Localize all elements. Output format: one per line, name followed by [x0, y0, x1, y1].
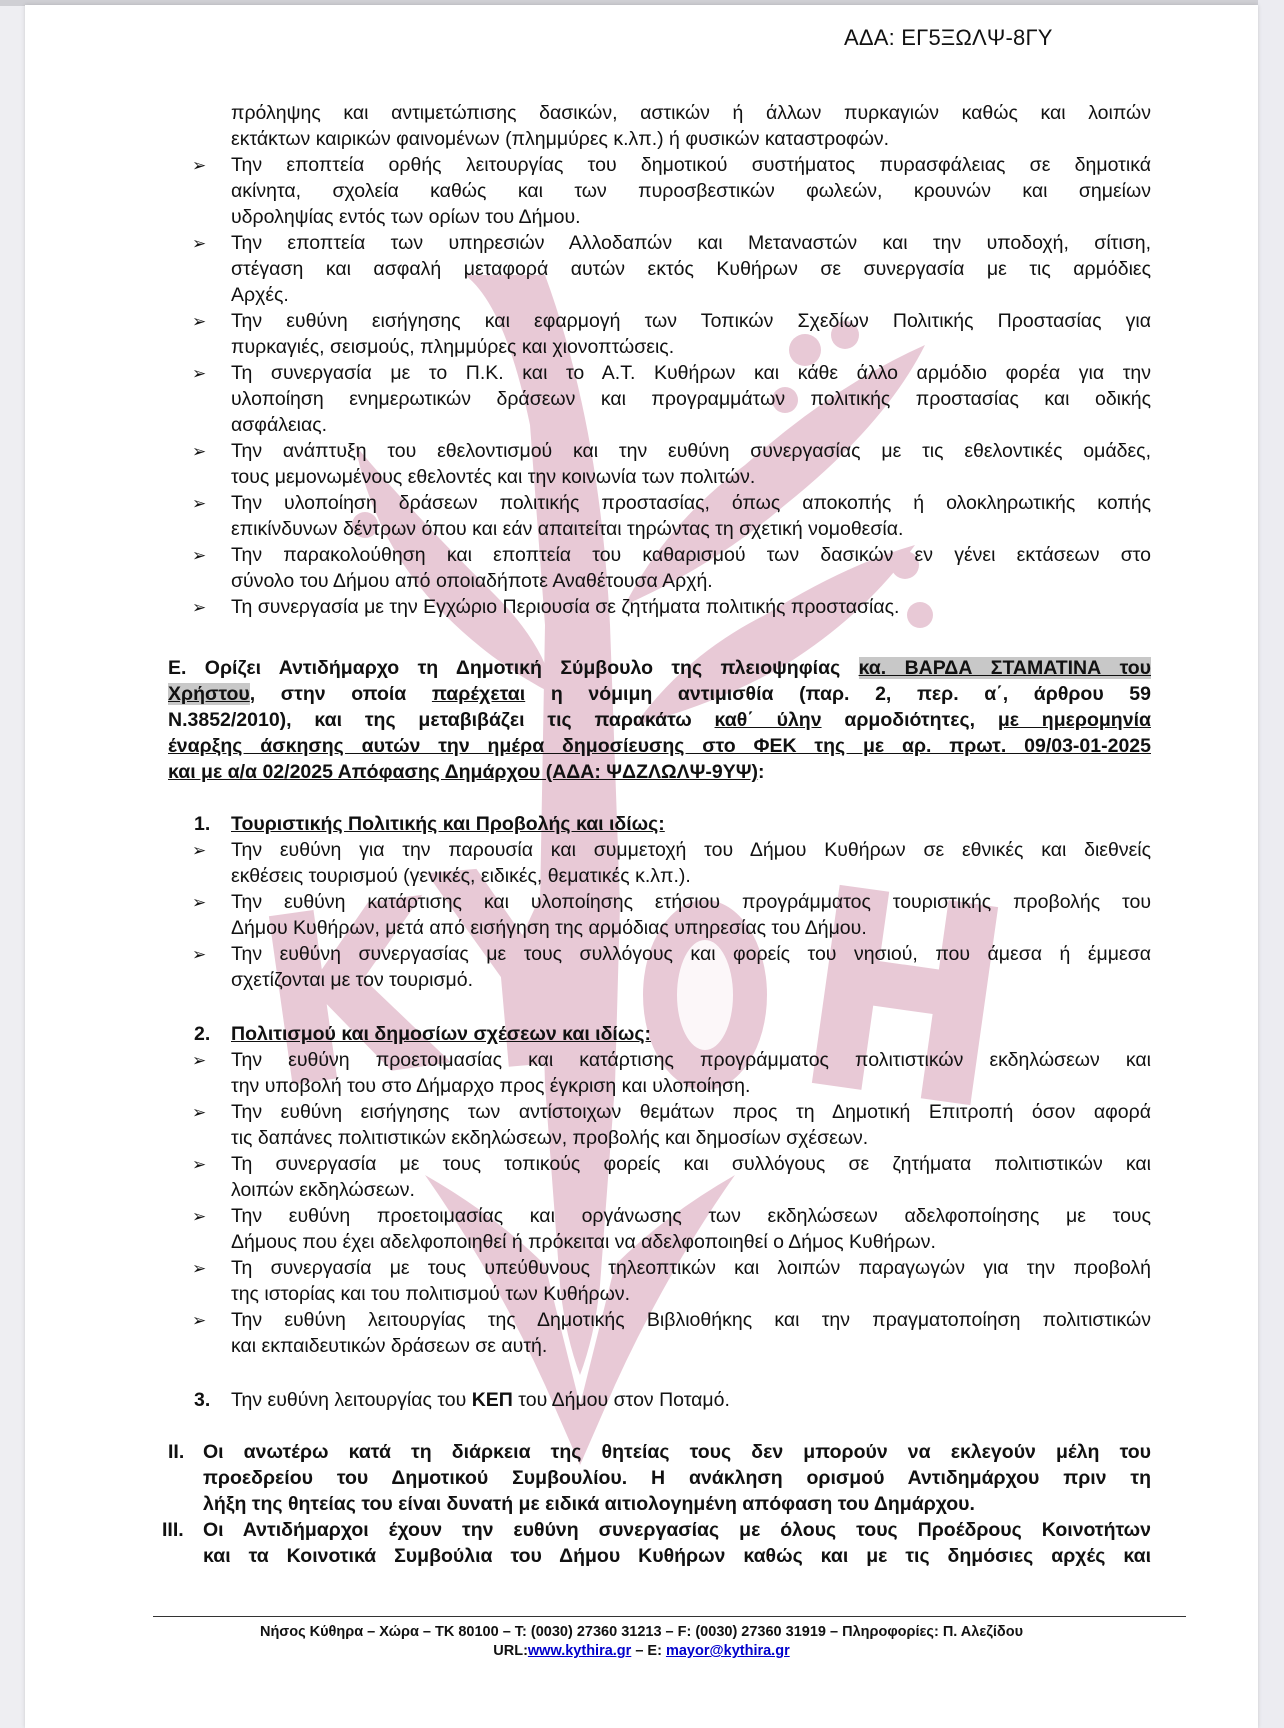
bullet-item-line: Δήμου Κυθήρων, μετά από εισήγηση της αρμ…: [231, 917, 867, 940]
bullet-item-line: Την παρακολούθηση και εποπτεία του καθαρ…: [231, 544, 1151, 567]
footer-links: URL:www.kythira.gr – E: mayor@kythira.gr: [25, 1643, 1258, 1659]
section-e-line-5: και με α/α 02/2025 Απόφασης Δημάρχου (ΑΔ…: [168, 761, 765, 784]
roman-numeral: II.: [168, 1441, 184, 1464]
document-page: ΑΔΑ: ΕΓ5ΞΩΛΨ-8ΓΥ πρόληψης και αντιμετώπι…: [25, 5, 1258, 1728]
bullet-item-line: Την ευθύνη για την παρουσία και συμμετοχ…: [231, 839, 1151, 862]
bullet-item-line: σχετίζονται με τον τουρισμό.: [231, 969, 473, 992]
roman-item-line: Οι Αντιδήμαρχοι έχουν την ευθύνη συνεργα…: [203, 1519, 1151, 1542]
appointee-name: κα. ΒΑΡΔΑ ΣΤΑΜΑΤΙΝΑ του: [859, 657, 1151, 679]
item-number: 3.: [194, 1389, 210, 1412]
section-e-line-1: Ε. Ορίζει Αντιδήμαρχο τη Δημοτική Σύμβου…: [168, 657, 1151, 680]
arrow-bullet-icon: ➢: [192, 1311, 206, 1331]
roman-numeral: III.: [162, 1519, 184, 1542]
bullet-item-line: Αρχές.: [231, 284, 289, 307]
subsection-title: Πολιτισμού και δημοσίων σχέσεων και ιδίω…: [231, 1023, 651, 1046]
ada-identifier: ΑΔΑ: ΕΓ5ΞΩΛΨ-8ΓΥ: [844, 25, 1053, 51]
subsection-number: 2.: [194, 1023, 210, 1046]
arrow-bullet-icon: ➢: [192, 945, 206, 965]
footer-divider: [153, 1616, 1186, 1617]
bullet-item-line: πυρκαγιές, σεισμούς, πλημμύρες και χιονο…: [231, 336, 674, 359]
bullet-item-line: Την ευθύνη προετοιμασίας και οργάνωσης τ…: [231, 1205, 1151, 1228]
bullet-item-line: Την υλοποίηση δράσεων πολιτικής προστασί…: [231, 492, 1151, 515]
bullet-item-line: σύνολο του Δήμου από οποιαδήποτε Αναθέτο…: [231, 570, 713, 593]
bullet-item-line: Τη συνεργασία με την Εγχώριο Περιουσία σ…: [231, 596, 899, 619]
arrow-bullet-icon: ➢: [192, 312, 206, 332]
bullet-item-line: τους μεμονωμένους εθελοντές και την κοιν…: [231, 466, 755, 489]
section-e-line-2: Χρήστου, στην οποία παρέχεται η νόμιμη α…: [168, 683, 1151, 706]
bullet-item-line: Τη συνεργασία με τους τοπικούς φορείς κα…: [231, 1153, 1151, 1176]
bullet-item-line: Την εποπτεία των υπηρεσιών Αλλοδαπών και…: [231, 232, 1151, 255]
bullet-item-line: εκθέσεις τουρισμού (γενικές, ειδικές, θε…: [231, 865, 691, 888]
arrow-bullet-icon: ➢: [192, 234, 206, 254]
website-link[interactable]: www.kythira.gr: [528, 1643, 631, 1659]
section-e-line-4: έναρξης άσκησης αυτών την ημέρα δημοσίευ…: [168, 735, 1151, 758]
paragraph-line: εκτάκτων καιρικών φαινομένων (πλημμύρες …: [231, 128, 889, 151]
bullet-item-line: της ιστορίας και του πολιτισμού των Κυθή…: [231, 1283, 630, 1306]
arrow-bullet-icon: ➢: [192, 1051, 206, 1071]
bullet-item-line: Την ευθύνη κατάρτισης και υλοποίησης ετή…: [231, 891, 1151, 914]
bullet-item-line: Την εποπτεία ορθής λειτουργίας του δημοτ…: [231, 154, 1151, 177]
bullet-item-line: και εκπαιδευτικών δράσεων σε αυτή.: [231, 1335, 547, 1358]
roman-item-line: και τα Κοινοτικά Συμβούλια του Δήμου Κυθ…: [203, 1545, 1151, 1568]
arrow-bullet-icon: ➢: [192, 364, 206, 384]
bullet-item-line: Τη συνεργασία με τους υπεύθυνους τηλεοπτ…: [231, 1257, 1151, 1280]
bullet-item-line: στέγαση και ασφαλή μεταφορά αυτών εκτός …: [231, 258, 1151, 281]
paragraph-line: πρόληψης και αντιμετώπισης δασικών, αστι…: [231, 102, 1151, 125]
bullet-item-line: Την ανάπτυξη του εθελοντισμού και την ευ…: [231, 440, 1151, 463]
section-e-line-3: Ν.3852/2010), και της μεταβιβάζει τις πα…: [168, 709, 1151, 732]
arrow-bullet-icon: ➢: [192, 893, 206, 913]
arrow-bullet-icon: ➢: [192, 1207, 206, 1227]
bullet-item-line: Την ευθύνη εισήγησης και εφαρμογή των Το…: [231, 310, 1151, 333]
arrow-bullet-icon: ➢: [192, 546, 206, 566]
bullet-item-line: ακίνητα, σχολεία καθώς και των πυροσβεστ…: [231, 180, 1151, 203]
arrow-bullet-icon: ➢: [192, 841, 206, 861]
bullet-item-line: επικίνδυνων δέντρων όπου και εάν απαιτεί…: [231, 518, 903, 541]
arrow-bullet-icon: ➢: [192, 1103, 206, 1123]
viewer-right-gutter: [1258, 0, 1284, 1728]
bullet-item-line: λοιπών εκδηλώσεων.: [231, 1179, 415, 1202]
email-link[interactable]: mayor@kythira.gr: [666, 1643, 790, 1659]
bullet-item-line: Τη συνεργασία με το Π.Κ. και το Α.Τ. Κυθ…: [231, 362, 1151, 385]
bullet-item-line: Την ευθύνη εισήγησης των αντίστοιχων θεμ…: [231, 1101, 1151, 1124]
footer-contact: Νήσος Κύθηρα – Χώρα – ΤΚ 80100 – Τ: (003…: [25, 1624, 1258, 1640]
arrow-bullet-icon: ➢: [192, 494, 206, 514]
bullet-item-line: τις δαπάνες πολιτιστικών εκδηλώσεων, προ…: [231, 1127, 868, 1150]
bullet-item-line: ασφάλειας.: [231, 414, 327, 437]
subsection-number: 1.: [194, 813, 210, 836]
item-3-text: Την ευθύνη λειτουργίας του ΚΕΠ του Δήμου…: [231, 1389, 730, 1412]
arrow-bullet-icon: ➢: [192, 1259, 206, 1279]
bullet-item-line: Την ευθύνη λειτουργίας της Δημοτικής Βιβ…: [231, 1309, 1151, 1332]
bullet-item-line: Την ευθύνη συνεργασίας με τους συλλόγους…: [231, 943, 1151, 966]
roman-item-line: προεδρείου του Δημοτικού Συμβουλίου. Η α…: [203, 1467, 1151, 1490]
bullet-item-line: υλοποίηση ενημερωτικών δράσεων και προγρ…: [231, 388, 1151, 411]
roman-item-line: Οι ανωτέρω κατά τη διάρκεια της θητείας …: [203, 1441, 1151, 1464]
arrow-bullet-icon: ➢: [192, 1155, 206, 1175]
arrow-bullet-icon: ➢: [192, 598, 206, 618]
arrow-bullet-icon: ➢: [192, 442, 206, 462]
bullet-item-line: Την ευθύνη προετοιμασίας και κατάρτισης …: [231, 1049, 1151, 1072]
subsection-title: Τουριστικής Πολιτικής και Προβολής και ι…: [231, 813, 665, 836]
arrow-bullet-icon: ➢: [192, 156, 206, 176]
bullet-item-line: υδροληψίας εντός των ορίων του Δήμου.: [231, 206, 581, 229]
roman-item-line: λήξη της θητείας του είναι δυνατή με ειδ…: [203, 1493, 975, 1516]
bullet-item-line: την υποβολή του στο Δήμαρχο προς έγκριση…: [231, 1075, 750, 1098]
bullet-item-line: Δήμους που έχει αδελφοποιηθεί ή πρόκειτα…: [231, 1231, 936, 1254]
